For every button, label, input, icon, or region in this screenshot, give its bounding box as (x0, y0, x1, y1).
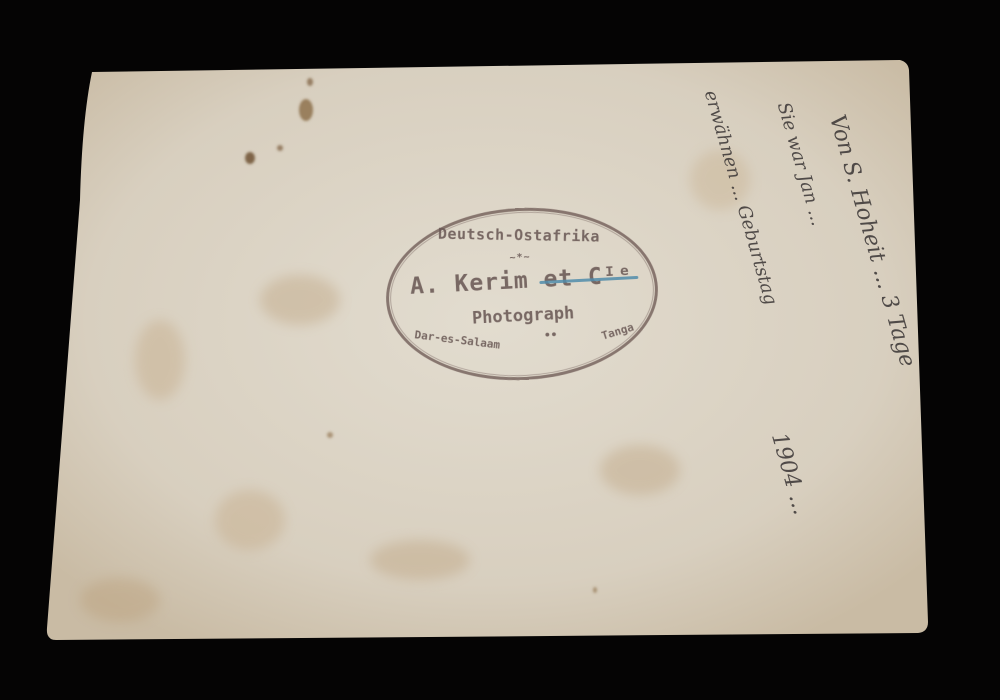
stamp-struck-text: et Cᴵᵉ (543, 262, 633, 293)
photographer-stamp: Deutsch-Ostafrika ~*~ A. Kerim et Cᴵᵉ Ph… (382, 201, 663, 387)
photo-scene: Deutsch-Ostafrika ~*~ A. Kerim et Cᴵᵉ Ph… (0, 0, 1000, 700)
photo-card-back: Deutsch-Ostafrika ~*~ A. Kerim et Cᴵᵉ Ph… (0, 0, 1000, 700)
stamp-location-separator: •• (544, 328, 558, 342)
